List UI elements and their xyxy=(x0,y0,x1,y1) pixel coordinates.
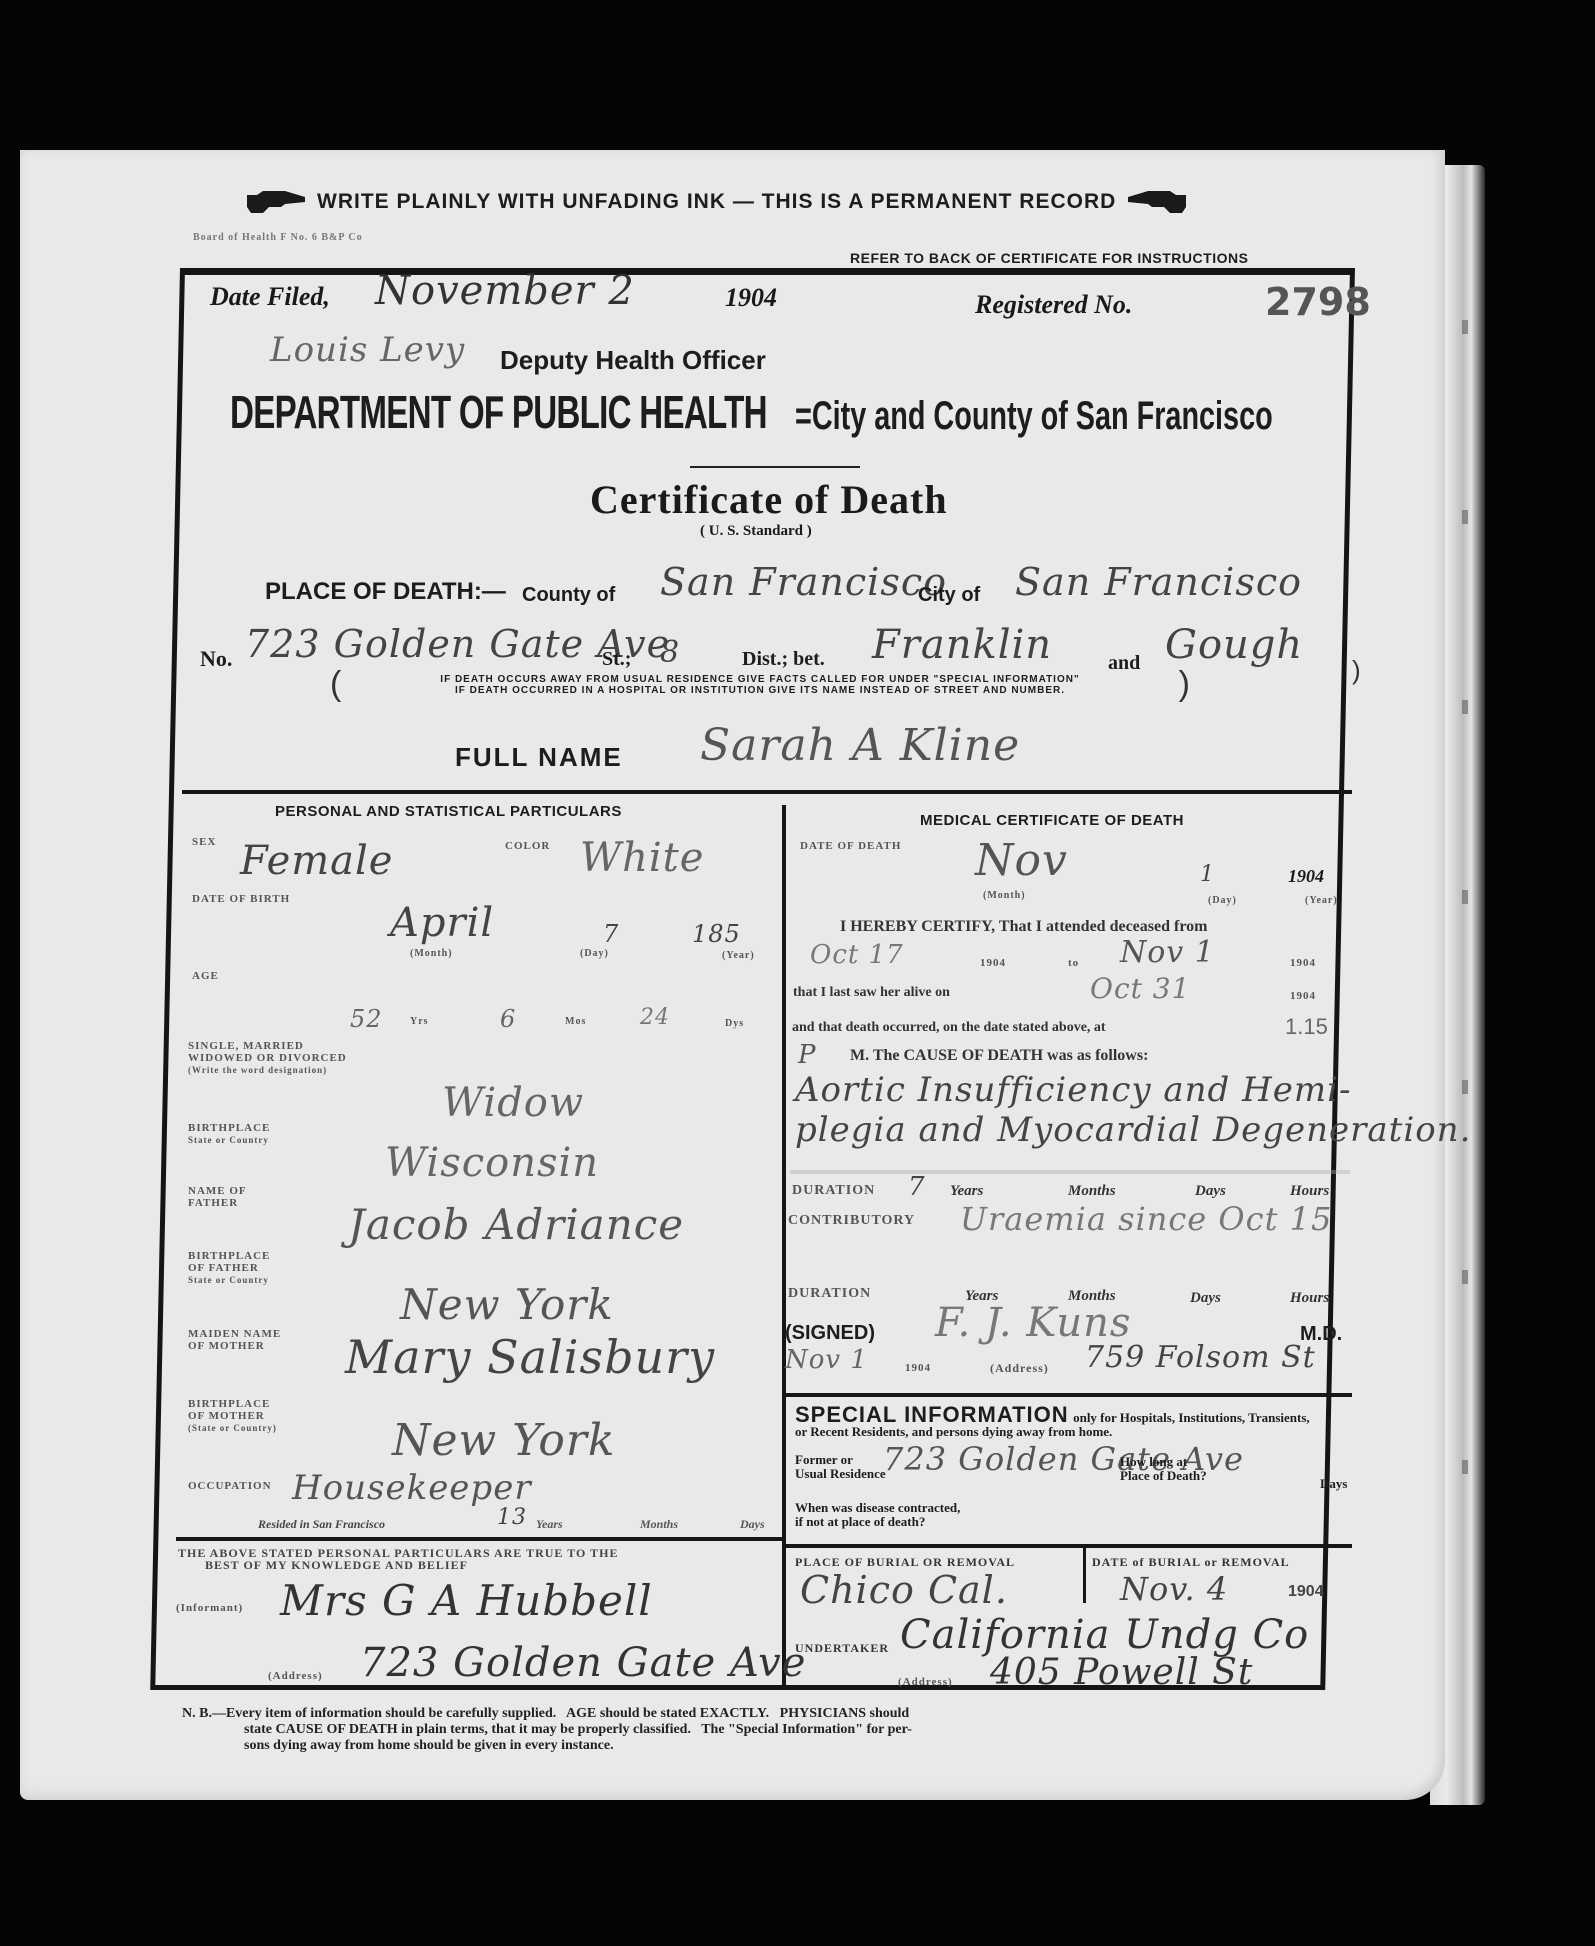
officer-signature: Louis Levy xyxy=(270,330,465,370)
physician-address: 759 Folsom St xyxy=(1085,1340,1316,1375)
date-filed-value: November 2 xyxy=(375,268,635,314)
cause-text: M. The CAUSE OF DEATH was as follows: xyxy=(850,1047,1148,1065)
death-time: 1.15 xyxy=(1285,1014,1328,1040)
pointing-hand-left-icon xyxy=(1126,189,1188,215)
dob-year: 185 xyxy=(692,920,741,948)
marital-label-1: SINGLE, MARRIED xyxy=(188,1040,304,1052)
footnote: N. B.—Every item of information should b… xyxy=(182,1706,912,1754)
special-note-2: or Recent Residents, and persons dying a… xyxy=(795,1424,1112,1440)
printer-line: Board of Health F No. 6 B&P Co xyxy=(193,232,363,244)
section-rule xyxy=(182,790,1352,794)
undertaker-label: UNDERTAKER xyxy=(795,1642,889,1654)
column-divider xyxy=(782,805,786,1690)
registered-label: Registered No. xyxy=(975,290,1132,320)
footnote-line-1: N. B.—Every item of information should b… xyxy=(182,1706,909,1721)
death-year: 1904 xyxy=(1288,866,1324,887)
full-name-label: FULL NAME xyxy=(455,742,623,773)
mother-bp-label-2: OF MOTHER xyxy=(188,1410,265,1422)
age-days: 24 xyxy=(640,1005,670,1030)
how-long-label-2: Place of Death? xyxy=(1120,1468,1207,1484)
burial-rule xyxy=(786,1544,1352,1548)
duration2-label: DURATION xyxy=(788,1288,871,1300)
informant-rule xyxy=(176,1537,782,1541)
attended-to-year: 1904 xyxy=(1290,957,1316,969)
jurisdiction-wrap: =City and County of San Francisco xyxy=(795,394,1458,439)
contributory-label: CONTRIBUTORY xyxy=(788,1215,915,1227)
informant-label: (Informant) xyxy=(176,1602,243,1614)
marital-label-2: WIDOWED OR DIVORCED xyxy=(188,1052,347,1064)
standard-note: ( U. S. Standard ) xyxy=(700,523,812,540)
mother-value: Mary Salisbury xyxy=(345,1330,715,1384)
banner: WRITE PLAINLY WITH UNFADING INK — THIS I… xyxy=(245,185,1345,219)
department-name: DEPARTMENT OF PUBLIC HEALTH xyxy=(230,385,767,439)
burial-date: Nov. 4 xyxy=(1120,1570,1228,1608)
duration-label: DURATION xyxy=(792,1185,875,1197)
death-year-label: (Year) xyxy=(1305,895,1338,907)
resided-label: Resided in San Francisco xyxy=(258,1517,385,1532)
birthplace-value: Wisconsin xyxy=(385,1140,599,1186)
date-of-death-label: DATE OF DEATH xyxy=(800,840,901,852)
father-label-1: NAME OF xyxy=(188,1185,247,1197)
sex-value: Female xyxy=(240,838,393,884)
burial-divider xyxy=(1083,1548,1086,1603)
pointing-hand-right-icon xyxy=(245,189,307,215)
age-label: AGE xyxy=(192,970,219,982)
death-day: 1 xyxy=(1200,862,1215,887)
hours-label: Hours xyxy=(1290,1183,1329,1200)
attended-from: Oct 17 xyxy=(810,940,904,970)
undertaker-address-label: (Address) xyxy=(898,1676,953,1688)
signed-label: (SIGNED) xyxy=(785,1322,875,1345)
medical-heading: MEDICAL CERTIFICATE OF DEATH xyxy=(920,812,1184,829)
sex-label: SEX xyxy=(192,836,216,848)
mother-label-1: MAIDEN NAME xyxy=(188,1328,281,1340)
between-street-2: Gough xyxy=(1165,622,1303,668)
banner-text: WRITE PLAINLY WITH UNFADING INK — THIS I… xyxy=(317,190,1116,214)
binding-marks xyxy=(1462,230,1468,1630)
signed-year: 1904 xyxy=(905,1362,931,1374)
dob-month: April xyxy=(390,900,494,946)
informant-name: Mrs G A Hubbell xyxy=(280,1576,653,1625)
physician-address-label: (Address) xyxy=(990,1362,1049,1374)
occupation-label: OCCUPATION xyxy=(188,1480,272,1492)
street-no-label: No. xyxy=(200,646,232,672)
death-ampm: P xyxy=(798,1040,817,1070)
attended-to: Nov 1 xyxy=(1120,935,1215,970)
duration-years: 7 xyxy=(908,1172,926,1202)
note-line-1: IF DEATH OCCURS AWAY FROM USUAL RESIDENC… xyxy=(347,674,1172,685)
death-day-label: (Day) xyxy=(1208,895,1237,907)
personal-heading: PERSONAL AND STATISTICAL PARTICULARS xyxy=(275,803,622,820)
attended-from-year: 1904 xyxy=(980,957,1006,969)
birthplace-label-2: State or Country xyxy=(188,1134,269,1146)
special-note-1: only for Hospitals, Institutions, Transi… xyxy=(1073,1410,1310,1425)
filing-year: 1904 xyxy=(725,283,777,313)
age-days-label: Dys xyxy=(725,1018,744,1030)
cause-line-2: plegia and Myocardial Degeneration. xyxy=(795,1110,1471,1150)
date-filed-label: Date Filed, xyxy=(210,282,330,312)
note-line-2: IF DEATH OCCURRED IN A HOSPITAL OR INSTI… xyxy=(347,685,1172,696)
resided-days-label: Days xyxy=(740,1517,765,1532)
to-label: to xyxy=(1068,957,1079,969)
title-underline xyxy=(690,466,860,468)
burial-place-label: PLACE OF BURIAL OR REMOVAL xyxy=(795,1556,1015,1568)
certify-text: I HEREBY CERTIFY, That I attended deceas… xyxy=(840,918,1207,936)
city-value: San Francisco xyxy=(1015,560,1302,604)
father-bp-label-1: BIRTHPLACE xyxy=(188,1250,270,1262)
resided-months-label: Months xyxy=(640,1517,678,1532)
paren-close: ) xyxy=(1179,665,1190,704)
contributory-value: Uraemia since Oct 15 xyxy=(960,1200,1332,1238)
dob-label: DATE OF BIRTH xyxy=(192,893,290,905)
informant-address-label: (Address) xyxy=(268,1670,323,1682)
death-month: Nov xyxy=(975,835,1068,886)
burial-date-label: DATE of BURIAL or REMOVAL xyxy=(1092,1556,1290,1568)
city-label: City of xyxy=(918,584,980,607)
certificate-title: Certificate of Death xyxy=(590,476,948,523)
dob-month-label: (Month) xyxy=(410,948,453,960)
residence-note: ( IF DEATH OCCURS AWAY FROM USUAL RESIDE… xyxy=(330,665,1190,704)
paren-open: ( xyxy=(330,665,341,704)
undertaker-address: 405 Powell St xyxy=(990,1652,1253,1693)
officer-title: Deputy Health Officer xyxy=(500,345,766,376)
dob-day: 7 xyxy=(603,920,619,948)
paren-right: ) xyxy=(1352,655,1361,686)
informant-address: 723 Golden Gate Ave xyxy=(360,1640,806,1686)
mother-label-2: OF MOTHER xyxy=(188,1340,265,1352)
birthplace-label-1: BIRTHPLACE xyxy=(188,1122,270,1134)
dob-day-label: (Day) xyxy=(580,948,609,960)
age-years: 52 xyxy=(350,1005,383,1033)
resided-years-label: Years xyxy=(536,1517,563,1532)
mother-birthplace-value: New York xyxy=(392,1415,616,1466)
mother-bp-label-1: BIRTHPLACE xyxy=(188,1398,270,1410)
hours2-label: Hours xyxy=(1290,1290,1329,1307)
special-rule xyxy=(786,1393,1352,1397)
signed-date: Nov 1 xyxy=(785,1345,868,1375)
cause-line-1: Aortic Insufficiency and Hemi- xyxy=(795,1070,1352,1110)
occupation-value: Housekeeper xyxy=(292,1468,532,1508)
contracted-label-2: if not at place of death? xyxy=(795,1514,925,1530)
burial-year: 1904 xyxy=(1288,1583,1324,1601)
last-saw-text: that I last saw her alive on xyxy=(793,985,950,1001)
resided-years: 13 xyxy=(497,1505,527,1530)
father-birthplace-value: New York xyxy=(400,1280,614,1329)
father-bp-label-2: OF FATHER xyxy=(188,1262,259,1274)
footnote-line-3: sons dying away from home should be give… xyxy=(182,1738,614,1753)
registered-number: 2798 xyxy=(1265,280,1371,324)
color-label: COLOR xyxy=(505,840,550,852)
dob-year-label: (Year) xyxy=(722,950,755,962)
faint-rule xyxy=(790,1170,1350,1174)
years-label: Years xyxy=(950,1183,983,1200)
mother-bp-label-3: (State or Country) xyxy=(188,1422,277,1434)
father-label-2: FATHER xyxy=(188,1197,238,1209)
attest-line-2: BEST OF MY KNOWLEDGE AND BELIEF xyxy=(205,1559,468,1571)
marital-label-3: (Write the word designation) xyxy=(188,1064,327,1076)
days-label: Days xyxy=(1195,1183,1226,1200)
refer-note: REFER TO BACK OF CERTIFICATE FOR INSTRUC… xyxy=(850,250,1248,266)
marital-value: Widow xyxy=(442,1080,584,1126)
between-street-1: Franklin xyxy=(872,622,1052,668)
county-label: County of xyxy=(522,584,615,607)
full-name-value: Sarah A Kline xyxy=(700,720,1020,771)
occurred-text: and that death occurred, on the date sta… xyxy=(792,1020,1106,1036)
father-bp-label-3: State or Country xyxy=(188,1274,269,1286)
last-saw-year: 1904 xyxy=(1290,990,1316,1002)
footnote-line-2: state CAUSE OF DEATH in plain terms, tha… xyxy=(182,1722,912,1737)
how-long-days-label: Days xyxy=(1320,1476,1347,1492)
death-month-label: (Month) xyxy=(983,890,1026,902)
father-value: Jacob Adriance xyxy=(348,1200,684,1249)
jurisdiction: =City and County of San Francisco xyxy=(795,394,1273,439)
age-months-label: Mos xyxy=(565,1016,586,1028)
age-years-label: Yrs xyxy=(410,1016,429,1028)
days2-label: Days xyxy=(1190,1290,1221,1307)
county-value: San Francisco xyxy=(660,560,947,604)
place-of-death-label: PLACE OF DEATH:— xyxy=(265,578,506,606)
months-label: Months xyxy=(1068,1183,1116,1200)
burial-place: Chico Cal. xyxy=(800,1568,1008,1612)
age-months: 6 xyxy=(500,1005,516,1033)
former-label-2: Usual Residence xyxy=(795,1466,886,1482)
last-saw-date: Oct 31 xyxy=(1090,972,1190,1005)
color-value: White xyxy=(580,835,704,881)
